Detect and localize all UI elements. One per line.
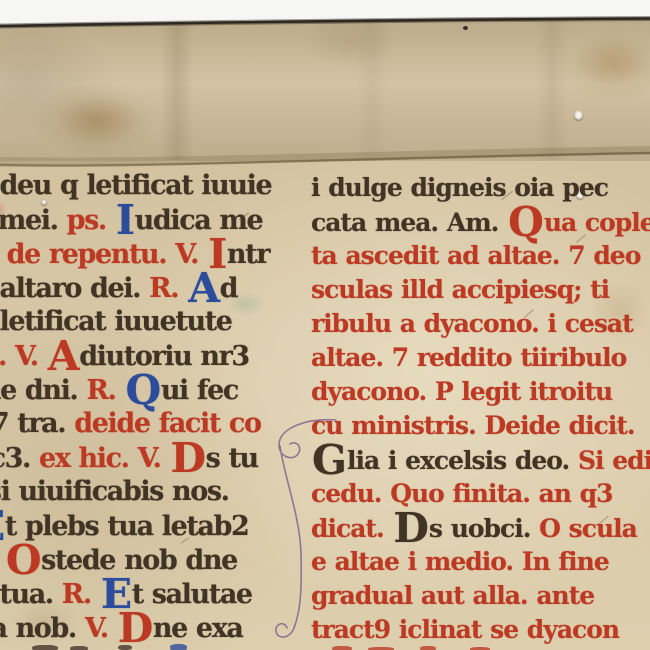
manuscript-line: oc3. ex hic. V. Ds tu — [0, 441, 271, 475]
manuscript-line: V. Ostede nob dne — [0, 543, 271, 577]
text-segment: Si edi — [578, 446, 650, 475]
text-segment: d altaro dei. — [0, 273, 149, 304]
illuminated-initial: G — [312, 443, 346, 477]
illuminated-initial: A — [188, 271, 218, 305]
vertical-crease — [160, 20, 194, 160]
text-segment: e altae i medio. In fine — [311, 547, 609, 576]
text-segment: ssi uiuificabis nos. — [0, 476, 229, 507]
vellum-page: d deu q letificat iuuiee mei. ps. Iudica… — [0, 0, 650, 650]
manuscript-line: tract9 iclinat se dyacon — [311, 613, 650, 647]
manuscript-line: Et plebs tua letab2 — [0, 509, 271, 543]
text-segment: ne exa — [153, 613, 243, 644]
manuscript-line: ine dni. R. Qui fec — [0, 373, 271, 407]
text-segment: s uobci. — [429, 514, 539, 543]
text-segment: t plebs tua letab2 — [5, 511, 249, 542]
manuscript-line: ei de repentu. V. Intr — [0, 237, 271, 271]
vertical-crease — [535, 20, 569, 160]
manuscript-line: q letificat iuuetute — [0, 305, 271, 339]
text-segment: tract9 iclinat se dyacon — [311, 615, 619, 644]
text-segment: ua cople — [544, 208, 650, 237]
clipped-glyph-tops — [170, 644, 187, 650]
illuminated-initial: D — [393, 511, 428, 545]
text-segment: dyacono. P legit itroitu — [311, 377, 612, 406]
manuscript-line: cedu. Quo finita. an q3 — [311, 477, 650, 511]
manuscript-photo: d deu q letificat iuuiee mei. ps. Iudica… — [0, 0, 650, 650]
manuscript-line: cu ministris. Deide dicit. — [311, 409, 650, 443]
text-segment: s tu — [206, 443, 258, 474]
manuscript-line: i dulge digneis oia pec — [311, 171, 650, 205]
text-segment: cata mea. Am. — [311, 208, 507, 237]
manuscript-line: altae. 7 reddito tiiribulo — [311, 341, 650, 375]
ink-speck — [463, 26, 468, 30]
illuminated-initial: Q — [508, 205, 543, 239]
text-segment: ei de repentu. V. — [0, 239, 207, 270]
text-segment: V. — [85, 613, 117, 644]
text-segment: gradual aut alla. ante — [311, 581, 594, 610]
illuminated-initial: A — [48, 339, 78, 373]
text-segment: diutoriu nr3 — [79, 341, 249, 372]
text-segment: R. — [62, 579, 100, 610]
manuscript-line: gradual aut alla. ante — [311, 579, 650, 613]
illuminated-initial: D — [118, 611, 152, 645]
text-segment: stede nob dne — [41, 545, 237, 576]
text-segment: ai. V. — [0, 341, 47, 372]
text-segment: dicat. — [311, 514, 392, 543]
text-segment: udica me — [135, 205, 263, 236]
manuscript-line: dicat. Ds uobci. O scula — [311, 511, 650, 545]
clipped-glyph-tops — [32, 645, 58, 650]
manuscript-line: ssi uiuificabis nos. — [0, 475, 271, 509]
illuminated-initial: O — [6, 543, 40, 577]
text-segment: cu ministris. Deide dicit. — [311, 411, 635, 440]
manuscript-line: d deu q letificat iuuie — [0, 169, 271, 203]
clipped-glyph-tops — [332, 646, 352, 650]
manuscript-line: e altae i medio. In fine — [311, 545, 650, 579]
manuscript-line: i 7 tra. deide facit co — [0, 407, 271, 441]
text-segment: sculas illd accipiesq; ti — [311, 275, 609, 304]
text-segment: R. — [86, 375, 124, 406]
manuscript-line: da nob. V. Dne exa — [0, 611, 271, 645]
text-segment: ui fec — [161, 375, 238, 406]
text-segment: cedu. Quo finita. an q3 — [311, 479, 613, 508]
clipped-glyph-tops — [70, 646, 88, 650]
manuscript-line: ta ascedit ad altae. 7 deo — [311, 239, 650, 273]
wormhole — [574, 110, 583, 120]
clipped-glyph-tops — [118, 645, 132, 650]
text-segment: ine dni. — [0, 375, 86, 406]
text-segment: deide facit co — [74, 408, 260, 439]
text-segment: oc3. — [0, 443, 39, 474]
text-segment: O scula — [539, 514, 637, 543]
manuscript-line: cata mea. Am. Qua cople — [311, 205, 650, 239]
text-segment: ribulu a dyacono. i cesat — [311, 309, 633, 338]
manuscript-line: e mei. ps. Iudica me — [0, 203, 271, 237]
left-text-column: d deu q letificat iuuiee mei. ps. Iudica… — [0, 169, 271, 645]
manuscript-line: Glia i excelsis deo. Si edi — [311, 443, 650, 477]
manuscript-line: ribulu a dyacono. i cesat — [311, 307, 650, 341]
text-segment: ntr — [227, 239, 269, 270]
text-segment: 3 tua. — [0, 579, 62, 610]
manuscript-line: d altaro dei. R. Ad — [0, 271, 271, 305]
illuminated-initial: I — [116, 203, 134, 237]
text-segment: d — [220, 273, 237, 304]
text-segment: i dulge digneis oia pec — [311, 173, 608, 202]
text-segment: d deu q letificat iuuie — [0, 170, 271, 201]
text-segment: lia i excelsis deo. — [347, 446, 578, 475]
text-segment: ta ascedit ad altae. 7 deo — [311, 241, 640, 270]
text-segment: q letificat iuuetute — [0, 306, 232, 337]
text-segment: V. — [0, 545, 5, 576]
text-segment: ex hic. V. — [39, 443, 169, 474]
text-segment: R. — [149, 273, 187, 304]
manuscript-line: sculas illd accipiesq; ti — [311, 273, 650, 307]
text-segment: altae. 7 reddito tiiribulo — [311, 343, 626, 372]
illuminated-initial: D — [170, 441, 204, 475]
text-segment: e mei. — [0, 205, 67, 236]
text-segment: da nob. — [0, 613, 85, 644]
manuscript-line: dyacono. P legit itroitu — [311, 375, 650, 409]
text-segment: i 7 tra. — [0, 408, 74, 439]
illuminated-initial: E — [0, 509, 4, 543]
vertical-crease — [355, 20, 389, 160]
right-text-column: i dulge digneis oia peccata mea. Am. Qua… — [311, 171, 650, 647]
illuminated-initial: Q — [125, 373, 159, 407]
clipped-glyph-tops — [420, 646, 436, 650]
text-segment: ps. — [67, 205, 115, 236]
